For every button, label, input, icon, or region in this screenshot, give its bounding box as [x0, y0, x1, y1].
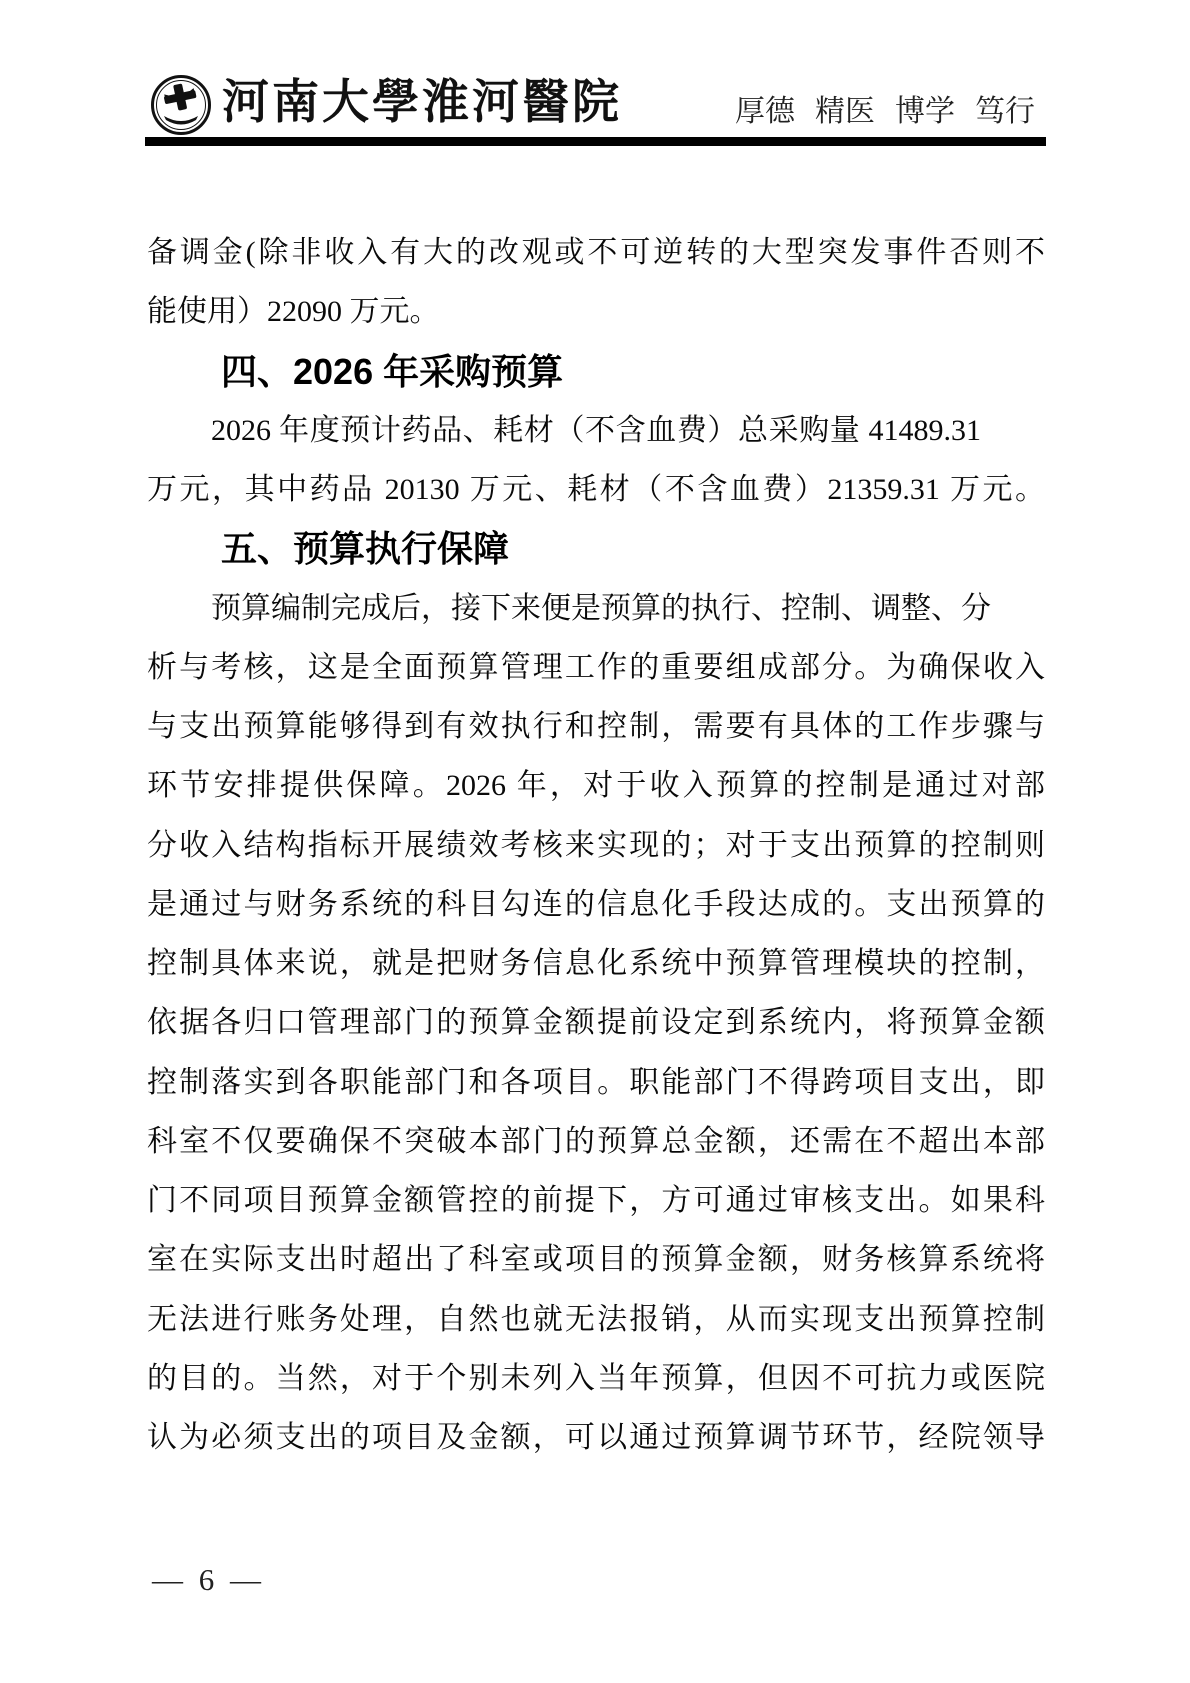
- body-line: 认为必须支出的项目及金额，可以通过预算调节环节，经院领导: [147, 1408, 1045, 1467]
- body-line: 分收入结构指标开展绩效考核来实现的；对于支出预算的控制则: [147, 816, 1045, 875]
- body-line: 万元，其中药品 20130 万元、耗材（不含血费）21359.31 万元。: [147, 460, 1045, 519]
- body-line: 环节安排提供保障。2026 年，对于收入预算的控制是通过对部: [147, 756, 1045, 815]
- section-heading: 四、2026 年采购预算: [147, 342, 971, 401]
- body-line: 科室不仅要确保不突破本部门的预算总金额，还需在不超出本部: [147, 1112, 1045, 1171]
- body-line: 与支出预算能够得到有效执行和控制，需要有具体的工作步骤与: [147, 697, 1045, 756]
- body-line: 是通过与财务系统的科目勾连的信息化手段达成的。支出预算的: [147, 875, 1045, 934]
- page-number: — 6 —: [152, 1556, 265, 1604]
- body-line: 无法进行账务处理，自然也就无法报销，从而实现支出预算控制: [147, 1290, 1045, 1349]
- body-line: 备调金(除非收入有大的改观或不可逆转的大型突发事件否则不: [147, 223, 1045, 282]
- body-line: 依据各归口管理部门的预算金额提前设定到系统内，将预算金额: [147, 993, 1045, 1052]
- section-heading: 五、预算执行保障: [147, 519, 971, 578]
- body-line: 控制具体来说，就是把财务信息化系统中预算管理模块的控制，: [147, 934, 1045, 993]
- header-divider: [145, 137, 1046, 146]
- body-line: 预算编制完成后，接下来便是预算的执行、控制、调整、分: [147, 579, 981, 638]
- body-line: 2026 年度预计药品、耗材（不含血费）总采购量 41489.31: [147, 401, 981, 460]
- body-line: 室在实际支出时超出了科室或项目的预算金额，财务核算系统将: [147, 1230, 1045, 1289]
- hospital-seal-icon: [150, 74, 212, 136]
- hospital-name: 河南大學淮河醫院: [222, 68, 742, 138]
- page-header: 河南大學淮河醫院 厚德精医博学笃行: [0, 0, 1190, 160]
- motto-word: 博学: [895, 92, 955, 132]
- body-line: 控制落实到各职能部门和各项目。职能部门不得跨项目支出，即: [147, 1053, 1045, 1112]
- motto-word: 精医: [815, 92, 875, 132]
- document-page: 河南大學淮河醫院 厚德精医博学笃行 备调金(除非收入有大的改观或不可逆转的大型突…: [0, 0, 1190, 1683]
- hospital-motto: 厚德精医博学笃行: [735, 92, 1035, 132]
- body-line: 的目的。当然，对于个别未列入当年预算，但因不可抗力或医院: [147, 1349, 1045, 1408]
- body-line: 析与考核，这是全面预算管理工作的重要组成部分。为确保收入: [147, 638, 1045, 697]
- body-line: 门不同项目预算金额管控的前提下，方可通过审核支出。如果科: [147, 1171, 1045, 1230]
- motto-word: 笃行: [975, 92, 1035, 132]
- body-line: 能使用）22090 万元。: [147, 282, 1045, 341]
- motto-word: 厚德: [735, 92, 795, 132]
- document-body: 备调金(除非收入有大的改观或不可逆转的大型突发事件否则不 能使用）22090 万…: [147, 223, 1045, 1467]
